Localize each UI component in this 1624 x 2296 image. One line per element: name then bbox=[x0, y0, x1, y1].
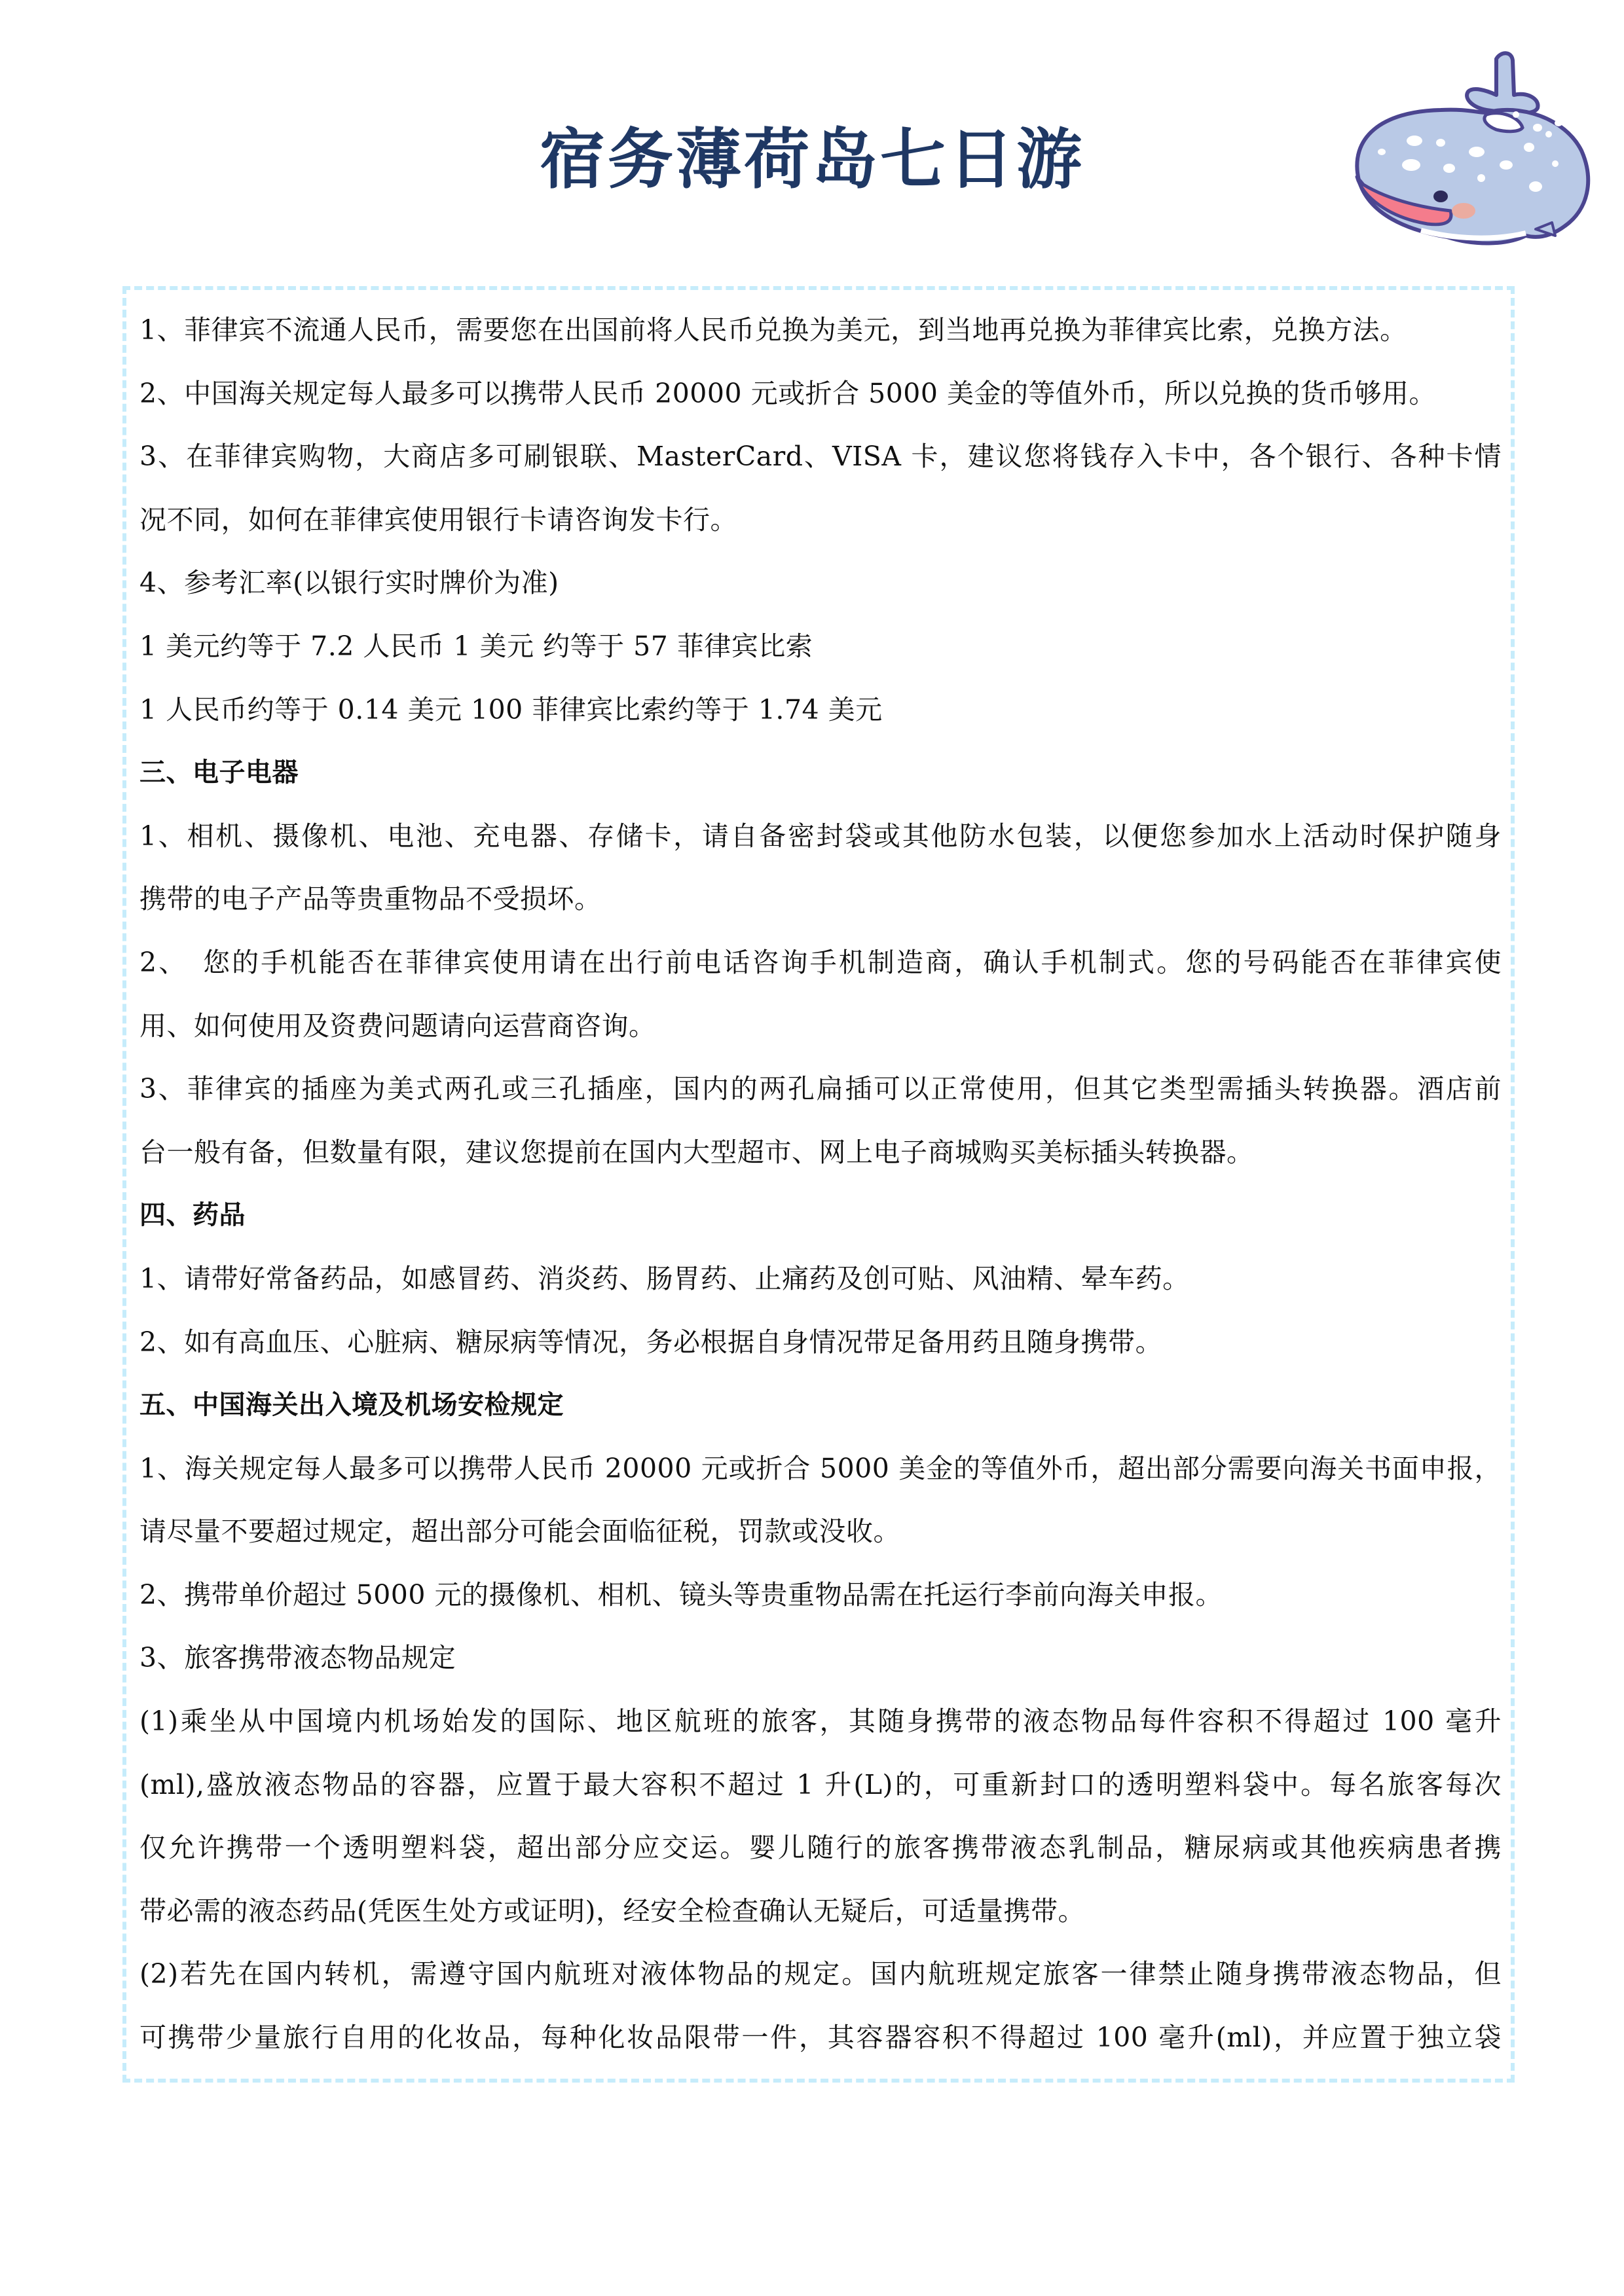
paragraph-line: 用、如何使用及资费问题请向运营商咨询。 bbox=[139, 994, 1502, 1058]
paragraph-line: 带必需的液态药品(凭医生处方或证明)，经安全检查确认无疑后，可适量携带。 bbox=[139, 1880, 1502, 1943]
paragraph-line: 可携带少量旅行自用的化妆品，每种化妆品限带一件，其容器容积不得超过 100 毫升… bbox=[139, 2006, 1502, 2069]
paragraph-line: 1 人民币约等于 0.14 美元 100 菲律宾比索约等于 1.74 美元 bbox=[139, 678, 1502, 742]
paragraph-line: (1)乘坐从中国境内机场始发的国际、地区航班的旅客，其随身携带的液态物品每件容积… bbox=[139, 1690, 1502, 1753]
document-body: 1、菲律宾不流通人民币，需要您在出国前将人民币兑换为美元，到当地再兑换为菲律宾比… bbox=[139, 299, 1502, 2069]
paragraph-line: (ml),盛放液态物品的容器，应置于最大容积不超过 1 升(L)的，可重新封口的… bbox=[139, 1753, 1502, 1817]
paragraph-line: 3、旅客携带液态物品规定 bbox=[139, 1626, 1502, 1690]
paragraph-line: (2)若先在国内转机，需遵守国内航班对液体物品的规定。国内航班规定旅客一律禁止随… bbox=[139, 1942, 1502, 2006]
paragraph-line: 3、菲律宾的插座为美式两孔或三孔插座，国内的两孔扁插可以正常使用，但其它类型需插… bbox=[139, 1057, 1502, 1121]
paragraph-line: 2、中国海关规定每人最多可以携带人民币 20000 元或折合 5000 美金的等… bbox=[139, 362, 1502, 426]
section-heading: 三、电子电器 bbox=[139, 741, 1502, 805]
paragraph-line: 携带的电子产品等贵重物品不受损坏。 bbox=[139, 867, 1502, 931]
paragraph-line: 4、参考汇率(以银行实时牌价为准) bbox=[139, 551, 1502, 615]
paragraph-line: 2、 您的手机能否在菲律宾使用请在出行前电话咨询手机制造商，确认手机制式。您的号… bbox=[139, 931, 1502, 994]
paragraph-line: 3、在菲律宾购物，大商店多可刷银联、MasterCard、VISA 卡，建议您将… bbox=[139, 425, 1502, 488]
paragraph-line: 台一般有备，但数量有限，建议您提前在国内大型超市、网上电子商城购买美标插头转换器… bbox=[139, 1121, 1502, 1184]
paragraph-line: 况不同，如何在菲律宾使用银行卡请咨询发卡行。 bbox=[139, 488, 1502, 552]
section-heading: 四、药品 bbox=[139, 1184, 1502, 1247]
paragraph-line: 1、请带好常备药品，如感冒药、消炎药、肠胃药、止痛药及创可贴、风油精、晕车药。 bbox=[139, 1247, 1502, 1311]
whale-shark-icon bbox=[1329, 39, 1604, 255]
paragraph-line: 1 美元约等于 7.2 人民币 1 美元 约等于 57 菲律宾比索 bbox=[139, 615, 1502, 678]
paragraph-line: 1、海关规定每人最多可以携带人民币 20000 元或折合 5000 美金的等值外… bbox=[139, 1437, 1502, 1501]
paragraph-line: 仅允许携带一个透明塑料袋，超出部分应交运。婴儿随行的旅客携带液态乳制品，糖尿病或… bbox=[139, 1816, 1502, 1880]
paragraph-line: 1、菲律宾不流通人民币，需要您在出国前将人民币兑换为美元，到当地再兑换为菲律宾比… bbox=[139, 299, 1502, 362]
paragraph-line: 2、如有高血压、心脏病、糖尿病等情况，务必根据自身情况带足备用药且随身携带。 bbox=[139, 1311, 1502, 1374]
paragraph-line: 请尽量不要超过规定，超出部分可能会面临征税，罚款或没收。 bbox=[139, 1500, 1502, 1563]
paragraph-line: 2、携带单价超过 5000 元的摄像机、相机、镜头等贵重物品需在托运行李前向海关… bbox=[139, 1563, 1502, 1627]
paragraph-line: 1、相机、摄像机、电池、充电器、存储卡，请自备密封袋或其他防水包装，以便您参加水… bbox=[139, 805, 1502, 868]
section-heading: 五、中国海关出入境及机场安检规定 bbox=[139, 1374, 1502, 1437]
